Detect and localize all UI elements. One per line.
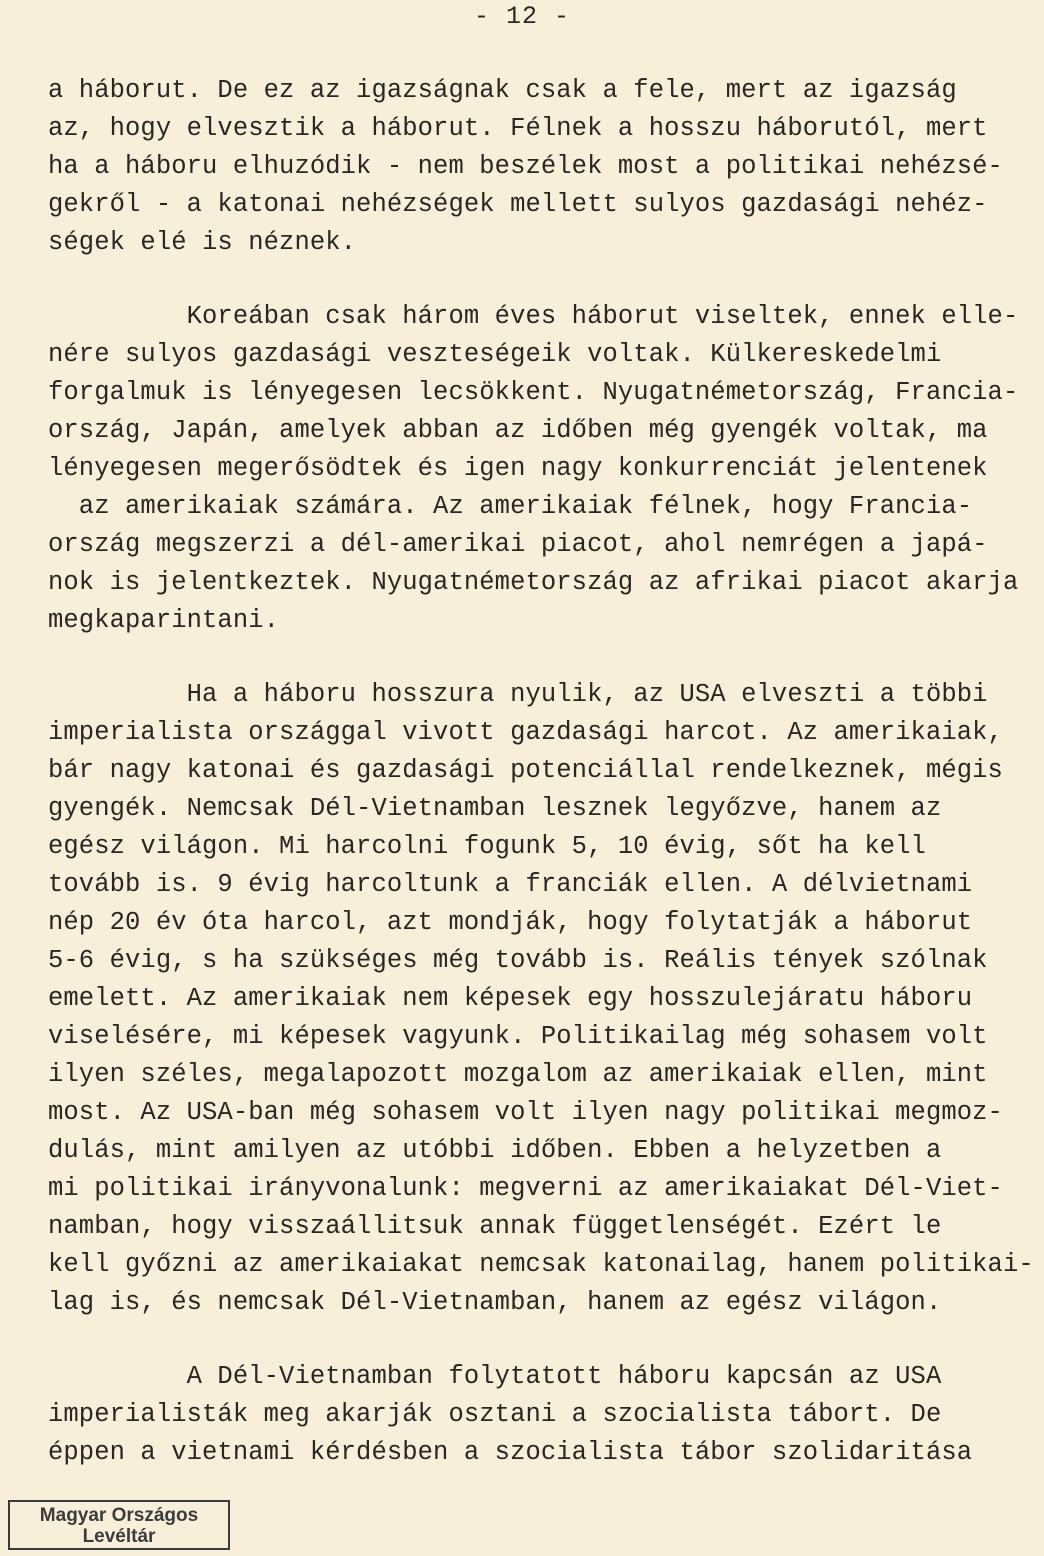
text-line: az amerikaiak számára. Az amerikaiak fél…	[48, 488, 1034, 526]
text-line: forgalmuk is lényegesen lecsökkent. Nyug…	[48, 374, 1034, 412]
text-line: gyengék. Nemcsak Dél-Vietnamban lesznek …	[48, 790, 1034, 828]
paragraph: Ha a háboru hosszura nyulik, az USA elve…	[48, 676, 1034, 1322]
stamp-line-2: Levéltár	[10, 1526, 228, 1547]
paragraph: A Dél-Vietnamban folytatott háboru kapcs…	[48, 1358, 1034, 1472]
text-line: namban, hogy visszaállitsuk annak függet…	[48, 1208, 1034, 1246]
text-line: ország megszerzi a dél-amerikai piacot, …	[48, 526, 1034, 564]
text-line: mi politikai irányvonalunk: megverni az …	[48, 1170, 1034, 1208]
text-line: lag is, és nemcsak Dél-Vietnamban, hanem…	[48, 1284, 1034, 1322]
text-line: bár nagy katonai és gazdasági potenciáll…	[48, 752, 1034, 790]
text-line: a háborut. De ez az igazságnak csak a fe…	[48, 72, 1034, 110]
archive-stamp: Magyar Országos Levéltár	[8, 1500, 230, 1550]
text-line: ilyen széles, megalapozott mozgalom az a…	[48, 1056, 1034, 1094]
text-line: A Dél-Vietnamban folytatott háboru kapcs…	[48, 1358, 1034, 1396]
text-line: egész világon. Mi harcolni fogunk 5, 10 …	[48, 828, 1034, 866]
text-line: ha a háboru elhuzódik - nem beszélek mos…	[48, 148, 1034, 186]
paragraph-gap	[48, 262, 1034, 298]
page-number: - 12 -	[0, 2, 1044, 31]
text-line: kell győzni az amerikaiakat nemcsak kato…	[48, 1246, 1034, 1284]
paragraph: a háborut. De ez az igazságnak csak a fe…	[48, 72, 1034, 262]
text-line: viselésére, mi képesek vagyunk. Politika…	[48, 1018, 1034, 1056]
paragraph-gap	[48, 1322, 1034, 1358]
text-line: dulás, mint amilyen az utóbbi időben. Eb…	[48, 1132, 1034, 1170]
text-line: gekről - a katonai nehézségek mellett su…	[48, 186, 1034, 224]
paragraph: Koreában csak három éves háborut viselte…	[48, 298, 1034, 640]
text-line: tovább is. 9 évig harcoltunk a franciák …	[48, 866, 1034, 904]
text-line: nok is jelentkeztek. Nyugatnémetország a…	[48, 564, 1034, 602]
text-line: éppen a vietnami kérdésben a szocialista…	[48, 1434, 1034, 1472]
text-line: most. Az USA-ban még sohasem volt ilyen …	[48, 1094, 1034, 1132]
text-line: lényegesen megerősödtek és igen nagy kon…	[48, 450, 1034, 488]
text-line: az, hogy elvesztik a háborut. Félnek a h…	[48, 110, 1034, 148]
text-line: megkaparintani.	[48, 602, 1034, 640]
text-line: emelett. Az amerikaiak nem képesek egy h…	[48, 980, 1034, 1018]
text-line: nére sulyos gazdasági veszteségeik volta…	[48, 336, 1034, 374]
paragraph-gap	[48, 640, 1034, 676]
document-body: a háborut. De ez az igazságnak csak a fe…	[48, 72, 1034, 1472]
text-line: ségek elé is néznek.	[48, 224, 1034, 262]
stamp-line-1: Magyar Országos	[10, 1505, 228, 1526]
text-line: nép 20 év óta harcol, azt mondják, hogy …	[48, 904, 1034, 942]
text-line: imperialisták meg akarják osztani a szoc…	[48, 1396, 1034, 1434]
text-line: Ha a háboru hosszura nyulik, az USA elve…	[48, 676, 1034, 714]
text-line: ország, Japán, amelyek abban az időben m…	[48, 412, 1034, 450]
text-line: Koreában csak három éves háborut viselte…	[48, 298, 1034, 336]
text-line: 5-6 évig, s ha szükséges még tovább is. …	[48, 942, 1034, 980]
text-line: imperialista országgal vivott gazdasági …	[48, 714, 1034, 752]
